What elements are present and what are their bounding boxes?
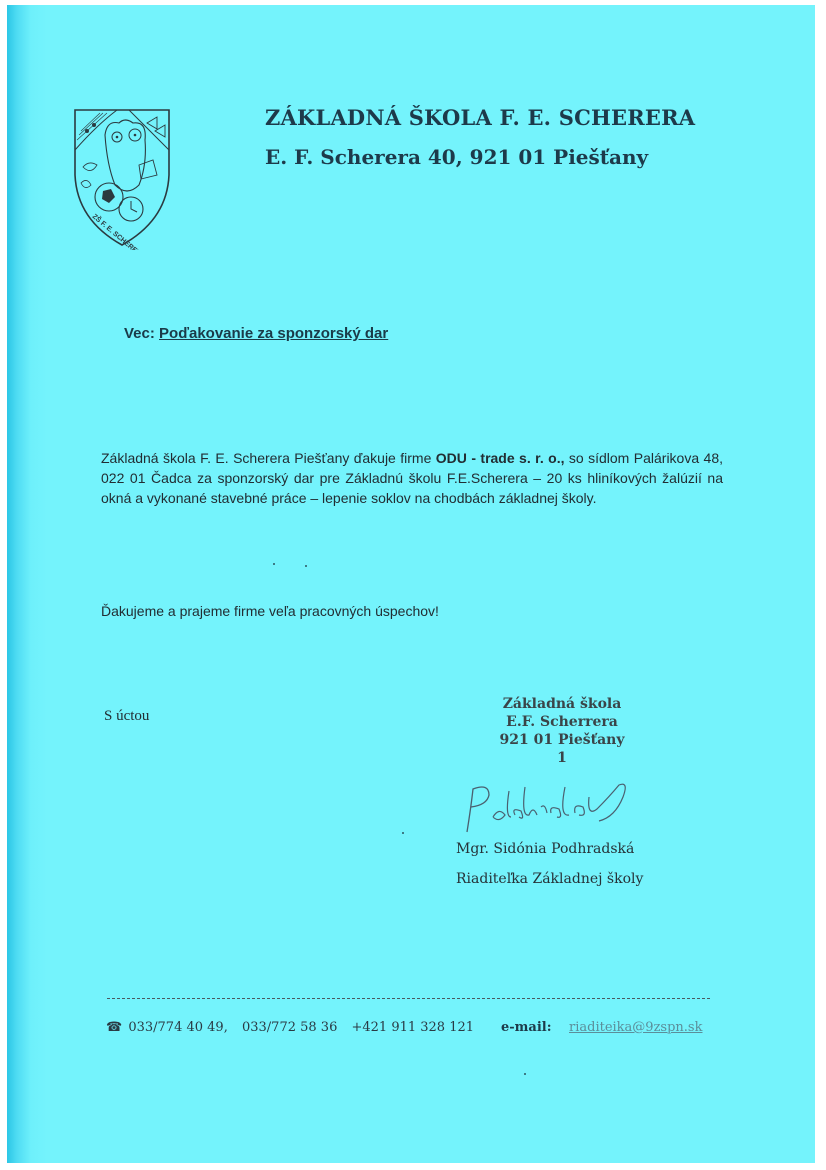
body-text-part1: Základná škola F. E. Scherera Piešťany ď… — [101, 450, 436, 466]
subject-text: Poďakovanie za sponzorský dar — [159, 325, 388, 342]
phone-number: 033/772 58 36 — [242, 1020, 337, 1035]
stamp-line: 921 01 Piešťany — [489, 731, 635, 749]
signer-role: Riaditeľka Základnej školy — [456, 871, 643, 887]
svg-text:ZŠ F. E. SCHERERA: ZŠ F. E. SCHERERA — [91, 212, 147, 250]
closing-salutation: S úctou — [104, 708, 149, 725]
school-stamp: Základná škola E.F. Scherrera 921 01 Pie… — [489, 695, 635, 767]
school-name-heading: ZÁKLADNÁ ŠKOLA F. E. SCHERERA — [265, 105, 695, 130]
signer-name: Mgr. Sidónia Podhradská — [456, 841, 634, 857]
scan-speck — [402, 832, 404, 834]
scan-speck — [305, 565, 307, 567]
scan-speck — [273, 563, 275, 565]
phone-number: +421 911 328 121 — [351, 1020, 474, 1035]
handwritten-signature — [459, 777, 649, 839]
thanks-sentence: Ďakujeme a prajeme firme veľa pracovných… — [101, 603, 439, 619]
stamp-line: 1 — [489, 749, 635, 767]
telephone-icon: ☎ — [106, 1020, 122, 1035]
stamp-line: E.F. Scherrera — [489, 713, 635, 731]
stamp-line: Základná škola — [489, 695, 635, 713]
letter-body-paragraph: Základná škola F. E. Scherera Piešťany ď… — [101, 448, 723, 508]
subject-label: Vec: — [124, 325, 155, 342]
letter-page: ZŠ F. E. SCHERERA ZÁKLADNÁ ŠKOLA F. E. S… — [7, 5, 815, 1163]
school-address: E. F. Scherera 40, 921 01 Piešťany — [265, 145, 648, 169]
email-label: e-mail: — [501, 1020, 552, 1035]
phone-number: 033/774 40 49, — [128, 1020, 228, 1035]
footer-contacts: ☎ 033/774 40 49, 033/772 58 36 +421 911 … — [106, 1020, 484, 1035]
subject-line: Vec: Poďakovanie za sponzorský dar — [124, 325, 388, 342]
scan-speck — [524, 1073, 526, 1075]
footer-divider — [107, 998, 710, 999]
email-link[interactable]: riaditeika@9zspn.sk — [569, 1020, 702, 1035]
school-crest-logo-icon: ZŠ F. E. SCHERERA — [67, 105, 177, 250]
company-name: ODU - trade s. r. o., — [436, 450, 565, 466]
